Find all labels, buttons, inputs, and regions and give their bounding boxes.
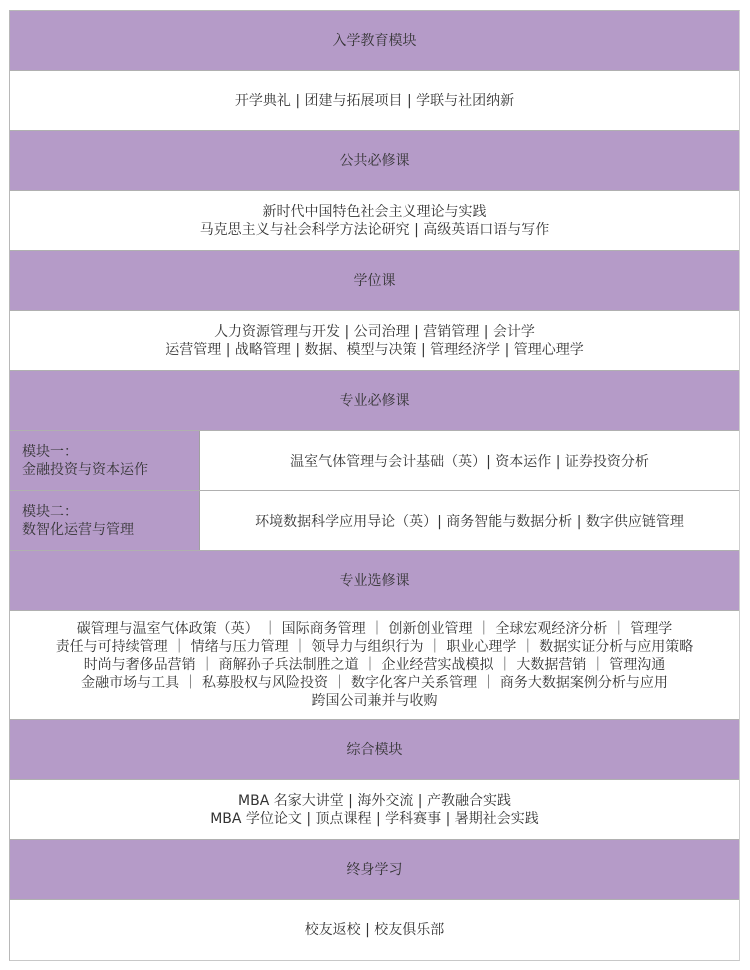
course-line: 新时代中国特色社会主义理论与实践 <box>263 203 487 221</box>
course-line: 运营管理 | 战略管理 | 数据、模型与决策 | 管理经济学 | 管理心理学 <box>165 341 583 359</box>
course-line: 环境数据科学应用导论（英）| 商务智能与数据分析 | 数字供应链管理 <box>255 511 684 531</box>
module-label: 模块一： 金融投资与资本运作 <box>10 431 200 490</box>
section-title: 终身学习 <box>347 861 403 879</box>
section-content-major-electives: 碳管理与温室气体政策（英） ｜ 国际商务管理 ｜ 创新创业管理 ｜ 全球宏观经济… <box>10 611 739 720</box>
section-header-comprehensive: 综合模块 <box>10 720 739 780</box>
module-number: 模块二： <box>22 503 199 521</box>
module-courses: 温室气体管理与会计基础（英）| 资本运作 | 证券投资分析 <box>200 431 739 490</box>
section-title: 专业必修课 <box>340 392 410 410</box>
curriculum-table: 入学教育模块 开学典礼 | 团建与拓展项目 | 学联与社团纳新 公共必修课 新时… <box>9 10 740 961</box>
section-header-degree-courses: 学位课 <box>10 251 739 311</box>
module-row-2: 模块二： 数智化运营与管理 环境数据科学应用导论（英）| 商务智能与数据分析 |… <box>10 491 739 551</box>
section-content-comprehensive: MBA 名家大讲堂 | 海外交流 | 产教融合实践 MBA 学位论文 | 顶点课… <box>10 780 739 840</box>
course-line: 金融市场与工具 ｜ 私募股权与风险投资 ｜ 数字化客户关系管理 ｜ 商务大数据案… <box>81 674 668 692</box>
section-title: 学位课 <box>354 272 396 290</box>
section-header-major-required: 专业必修课 <box>10 371 739 431</box>
section-header-lifelong-learning: 终身学习 <box>10 840 739 900</box>
section-title: 公共必修课 <box>340 152 410 170</box>
course-line: 开学典礼 | 团建与拓展项目 | 学联与社团纳新 <box>235 92 514 110</box>
course-line: 时尚与奢侈品营销 ｜ 商解孙子兵法制胜之道 ｜ 企业经营实战模拟 ｜ 大数据营销… <box>84 656 666 674</box>
section-header-orientation: 入学教育模块 <box>10 11 739 71</box>
course-line: 马克思主义与社会科学方法论研究 | 高级英语口语与写作 <box>200 221 550 239</box>
course-line: 碳管理与温室气体政策（英） ｜ 国际商务管理 ｜ 创新创业管理 ｜ 全球宏观经济… <box>77 620 673 638</box>
section-title: 综合模块 <box>347 741 403 759</box>
module-name: 数智化运营与管理 <box>22 521 199 539</box>
section-content-degree-courses: 人力资源管理与开发 | 公司治理 | 营销管理 | 会计学 运营管理 | 战略管… <box>10 311 739 371</box>
course-line: 责任与可持续管理 ｜ 情绪与压力管理 ｜ 领导力与组织行为 ｜ 职业心理学 ｜ … <box>56 638 694 656</box>
course-line: MBA 学位论文 | 顶点课程 | 学科赛事 | 暑期社会实践 <box>210 810 539 828</box>
section-content-public-required: 新时代中国特色社会主义理论与实践 马克思主义与社会科学方法论研究 | 高级英语口… <box>10 191 739 251</box>
section-header-major-electives: 专业选修课 <box>10 551 739 611</box>
course-line: 温室气体管理与会计基础（英）| 资本运作 | 证券投资分析 <box>290 451 649 471</box>
course-line: 校友返校 | 校友俱乐部 <box>305 921 445 939</box>
module-label: 模块二： 数智化运营与管理 <box>10 491 200 550</box>
module-row-1: 模块一： 金融投资与资本运作 温室气体管理与会计基础（英）| 资本运作 | 证券… <box>10 431 739 491</box>
course-line: MBA 名家大讲堂 | 海外交流 | 产教融合实践 <box>238 792 511 810</box>
course-line: 跨国公司兼并与收购 <box>311 692 437 710</box>
section-content-lifelong-learning: 校友返校 | 校友俱乐部 <box>10 900 739 960</box>
section-content-orientation: 开学典礼 | 团建与拓展项目 | 学联与社团纳新 <box>10 71 739 131</box>
module-number: 模块一： <box>22 443 199 461</box>
course-line: 人力资源管理与开发 | 公司治理 | 营销管理 | 会计学 <box>214 323 535 341</box>
section-header-public-required: 公共必修课 <box>10 131 739 191</box>
section-title: 专业选修课 <box>340 572 410 590</box>
module-courses: 环境数据科学应用导论（英）| 商务智能与数据分析 | 数字供应链管理 <box>200 491 739 550</box>
section-title: 入学教育模块 <box>333 32 417 50</box>
module-name: 金融投资与资本运作 <box>22 461 199 479</box>
